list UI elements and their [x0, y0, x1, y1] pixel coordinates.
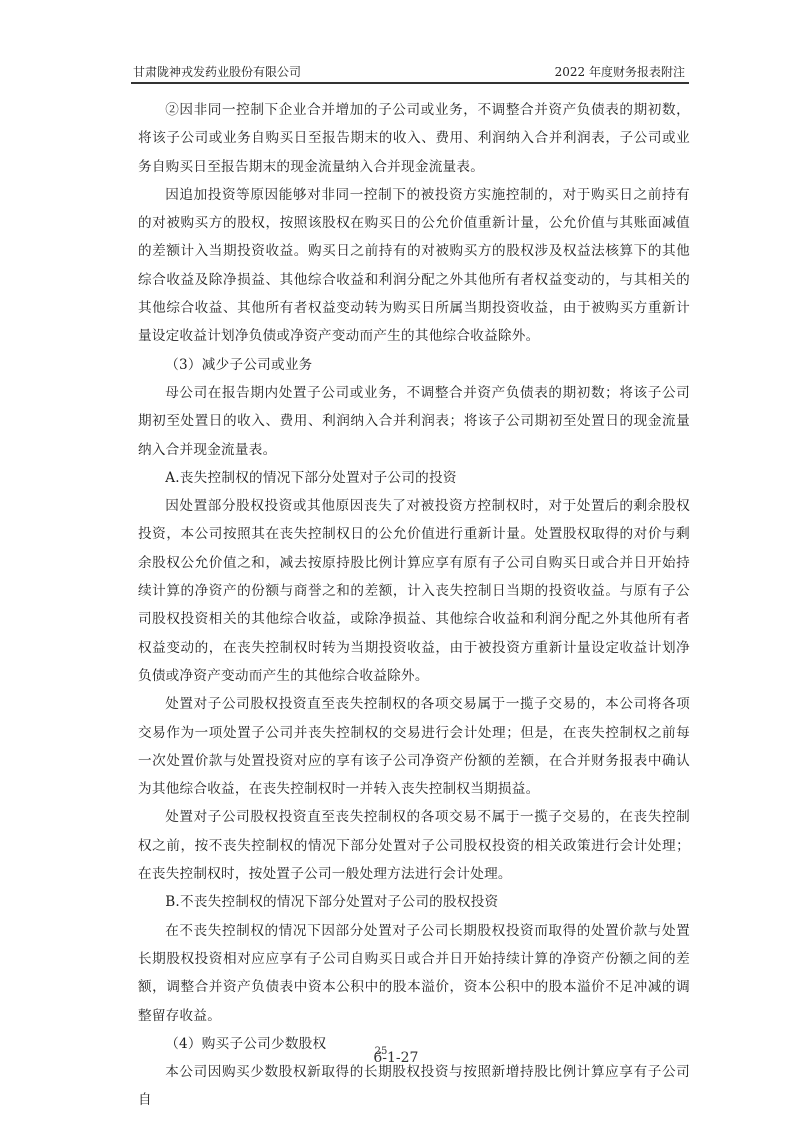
paragraph: 因处置部分股权投资或其他原因丧失了对被投资方控制权时，对于处置后的剩余股权投资，… [138, 492, 690, 690]
subsection-heading: B.不丧失控制权的情况下部分处置对子公司的股权投资 [138, 888, 690, 916]
paragraph: 本公司因购买少数股权新取得的长期股权投资与按照新增持股比例计算应享有子公司自 [138, 1058, 690, 1115]
company-name: 甘肃陇神戎发药业股份有限公司 [133, 63, 301, 80]
header-divider [131, 82, 689, 84]
paragraph: 处置对子公司股权投资直至丧失控制权的各项交易属于一揽子交易的，本公司将各项交易作… [138, 690, 690, 803]
subsection-heading: A.丧失控制权的情况下部分处置对子公司的投资 [138, 464, 690, 492]
paragraph: ②因非同一控制下企业合并增加的子公司或业务，不调整合并资产负债表的期初数，将该子… [138, 96, 690, 181]
page-footer: 256-1-27 [0, 1050, 793, 1066]
paragraph: 处置对子公司股权投资直至丧失控制权的各项交易不属于一揽子交易的，在丧失控制权之前… [138, 803, 690, 888]
paragraph: 母公司在报告期内处置子公司或业务，不调整合并资产负债表的期初数；将该子公司期初至… [138, 379, 690, 464]
page-header: 甘肃陇神戎发药业股份有限公司 2022 年度财务报表附注 [133, 58, 685, 80]
document-body: ②因非同一控制下企业合并增加的子公司或业务，不调整合并资产负债表的期初数，将该子… [138, 96, 690, 1115]
paragraph: 因追加投资等原因能够对非同一控制下的被投资方实施控制的，对于购买日之前持有的对被… [138, 181, 690, 351]
section-heading: （3）减少子公司或业务 [138, 351, 690, 379]
paragraph: 在不丧失控制权的情况下因部分处置对子公司长期股权投资而取得的处置价款与处置长期股… [138, 917, 690, 1030]
document-title: 2022 年度财务报表附注 [555, 63, 685, 80]
page-number-superscript: 25 [375, 1046, 388, 1057]
